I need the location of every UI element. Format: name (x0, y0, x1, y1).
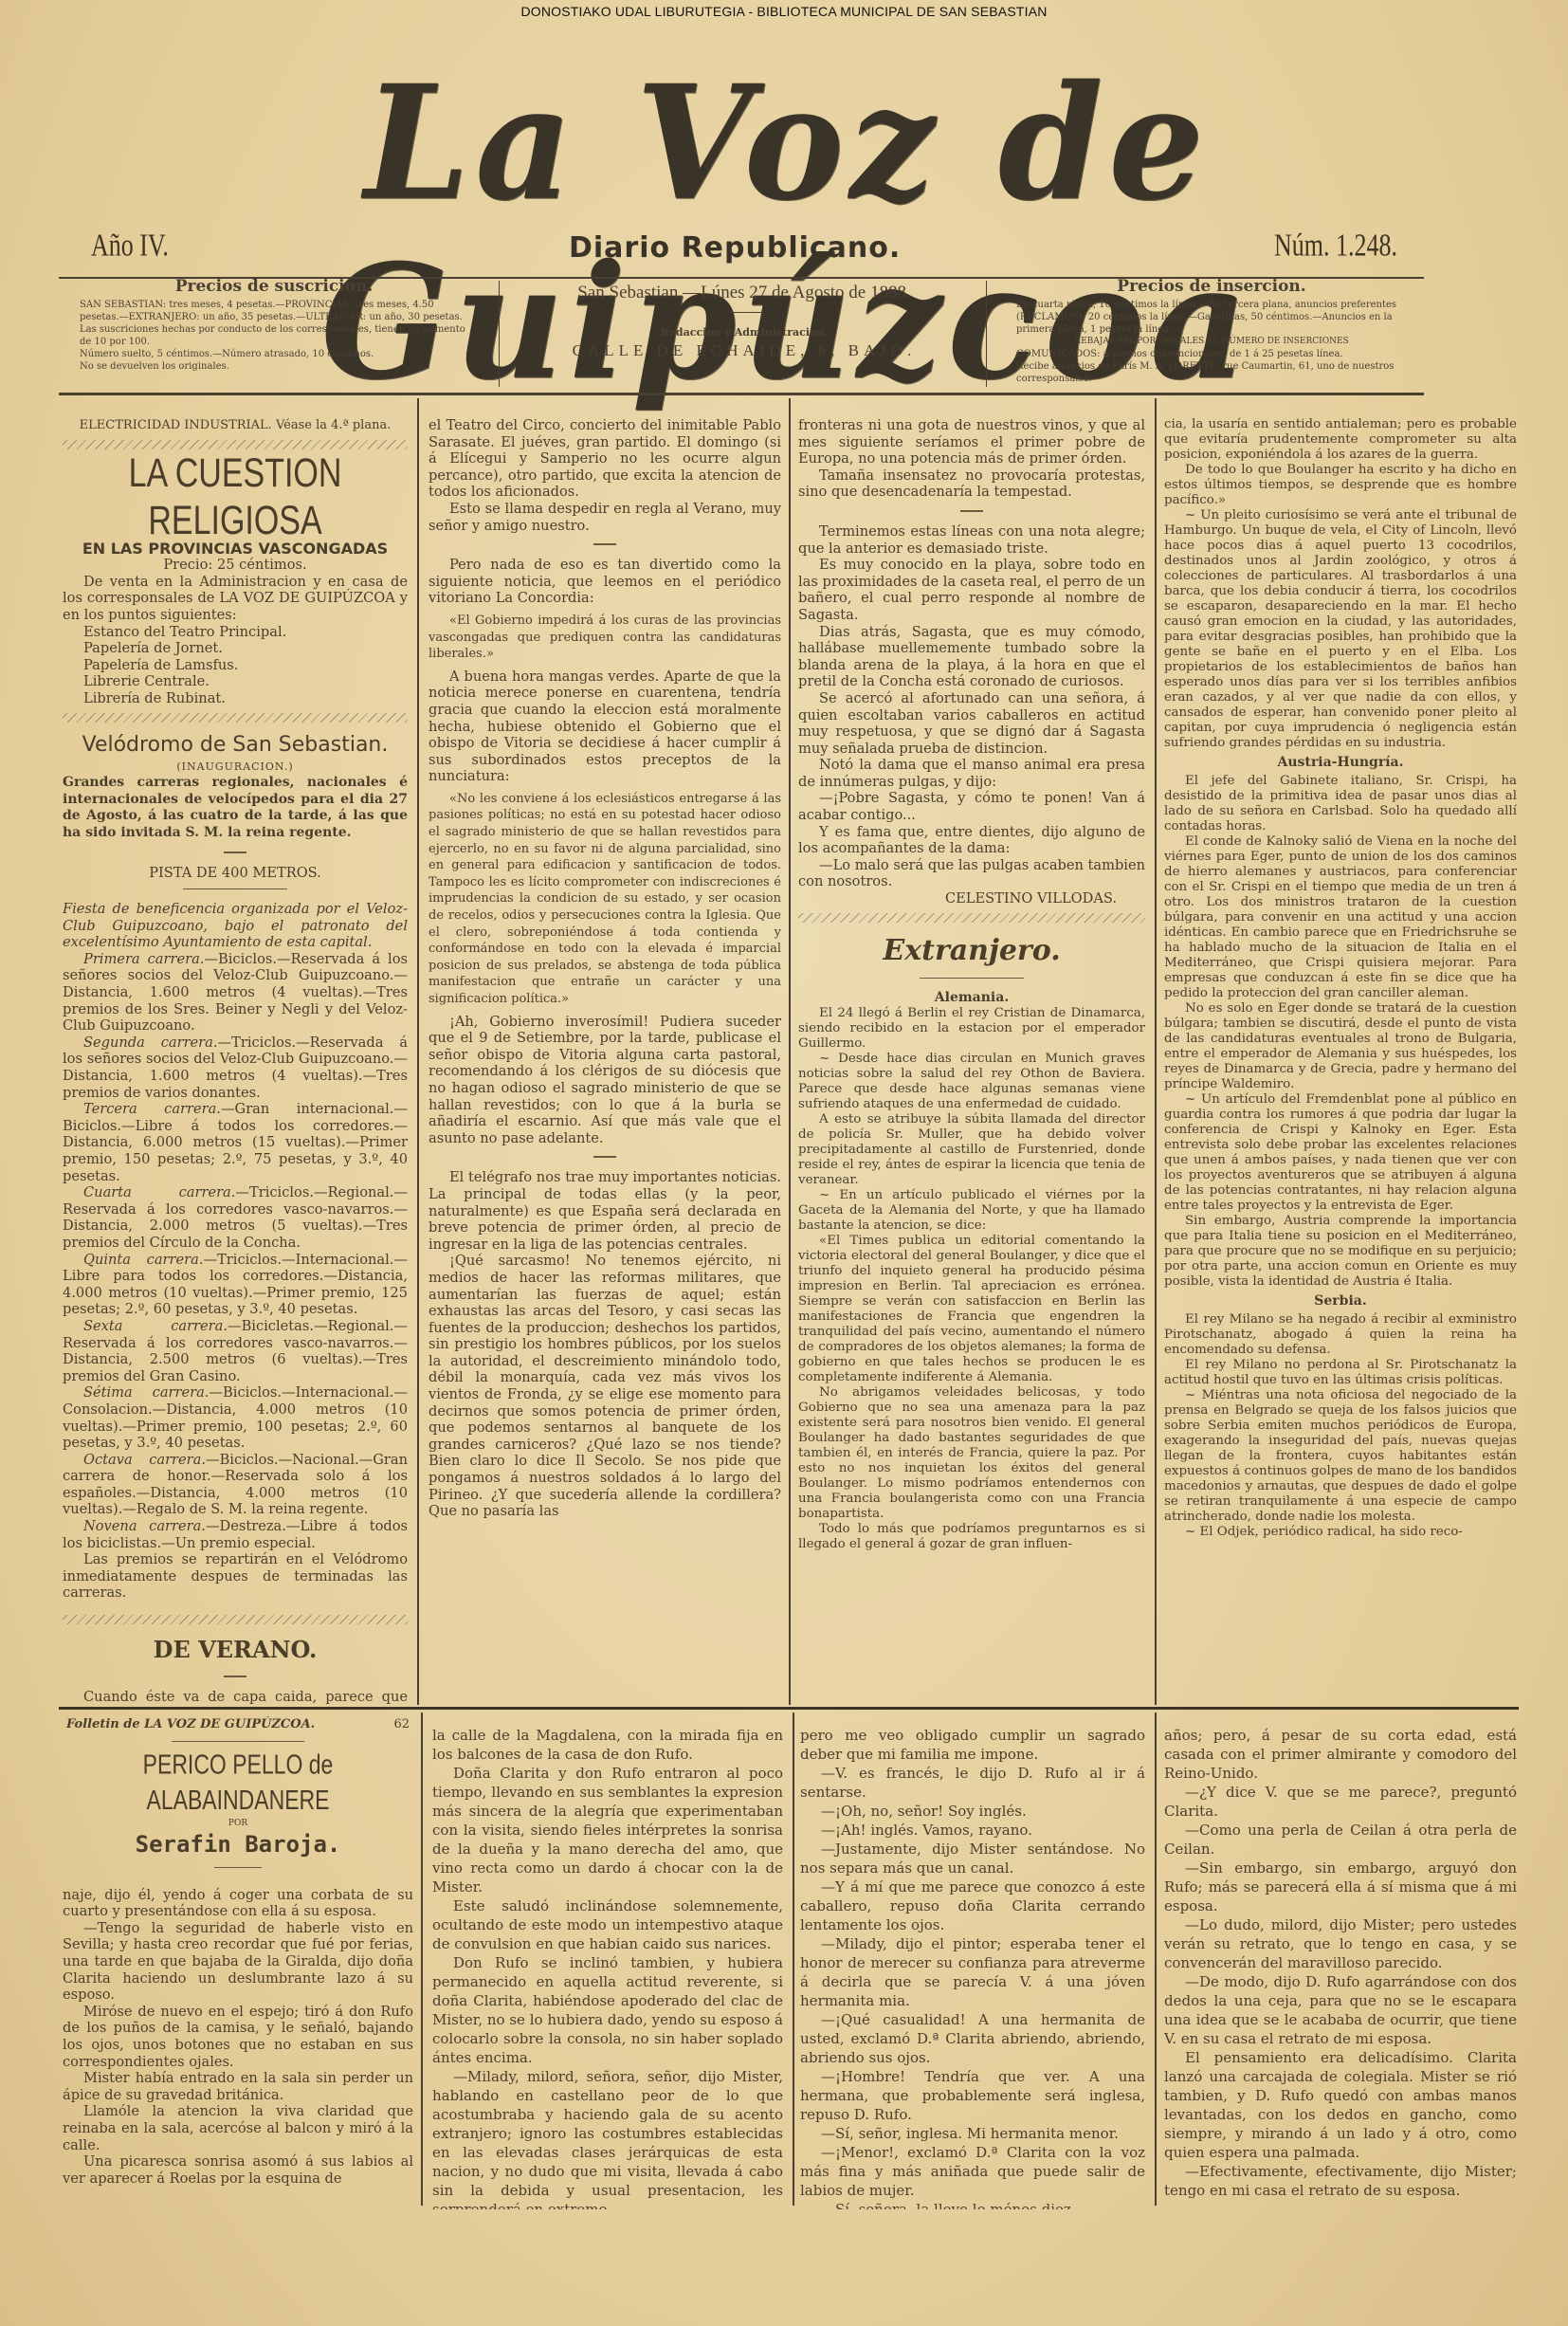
serial-paragraph: —Como una perla de Ceilan á otra perla d… (1164, 1821, 1517, 1859)
article-paragraph: Tamaña insensatez no provocaría protesta… (798, 467, 1145, 501)
race-item: Quinta carrera.—Triciclos.—Internacional… (63, 1252, 408, 1318)
ad-title: LA CUESTION RELIGIOSA (63, 449, 408, 544)
column-4: cia, la usaría en sentido antialeman; pe… (1164, 417, 1517, 1705)
ad-place: Papelería de Lamsfus. (63, 657, 408, 674)
folletin-column-4: años; pero, á pesar de su corta edad, es… (1164, 1726, 1517, 2209)
divider (593, 1156, 616, 1158)
subscription-prices: Precios de suscricion. SAN SEBASTIAN: tr… (80, 281, 468, 385)
office-label: Redaccion y Administracion. (512, 326, 976, 339)
divider (172, 1741, 304, 1742)
serial-title: PERICO PELLO de ALABAINDANERE (63, 1746, 413, 1817)
serial-paragraph: Doña Clarita y don Rufo entraron al poco… (432, 1764, 783, 1896)
race-item: Octava carrera.—Biciclos.—Nacional.—Gran… (63, 1452, 408, 1518)
column-3: fronteras ni una gota de nuestros vinos,… (798, 417, 1145, 1705)
prizes-note: Las premios se repartirán en el Velódrom… (63, 1551, 408, 1602)
column-1: ELECTRICIDAD INDUSTRIAL. Véase la 4.ª pl… (63, 417, 408, 1707)
news-paragraph: cia, la usaría en sentido antialeman; pe… (1164, 417, 1517, 463)
article-paragraph: —Lo malo será que las pulgas acaben tamb… (798, 857, 1145, 890)
divider (960, 510, 983, 512)
article-paragraph: Pero nada de eso es tan divertido como l… (428, 557, 781, 607)
serial-paragraph: —¡Ah! inglés. Vamos, rayano. (800, 1821, 1145, 1840)
serial-paragraph: —Sí, señor, inglesa. Mi hermanita menor. (800, 2124, 1145, 2143)
race-item: Sétima carrera.—Biciclos.—Internacional.… (63, 1384, 408, 1451)
verano-body: Cuando éste va de capa caida, parece que… (63, 1689, 408, 1707)
insertion-title: Precios de insercion. (1016, 281, 1407, 293)
serial-paragraph: —De modo, dijo D. Rufo agarrándose con d… (1164, 1972, 1517, 2048)
masthead-title: La Voz de Guipúzcoa (123, 55, 1450, 234)
serial-paragraph: —¡Oh, no, señor! Soy inglés. (800, 1802, 1145, 1821)
column-rule (421, 1712, 423, 2206)
news-paragraph: De todo lo que Boulanger ha escrito y ha… (1164, 463, 1517, 508)
ad-place: Librería de Rubinat. (63, 690, 408, 707)
ad-place: Papelería de Jornet. (63, 640, 408, 657)
article-paragraph: Se acercó al afortunado can una señora, … (798, 690, 1145, 757)
subsection-alemania: Alemania. (798, 990, 1145, 1007)
subscription-line: SAN SEBASTIAN: tres meses, 4 pesetas.—PR… (80, 299, 468, 323)
column-rule (1155, 1712, 1157, 2206)
serial-paragraph: años; pero, á pesar de su corta edad, es… (1164, 1726, 1517, 1783)
news-paragraph: ~ Un artículo del Fremdenblat pone al pú… (1164, 1092, 1517, 1214)
subscription-line: No se devuelven los originales. (80, 360, 468, 373)
column-rule (1155, 398, 1157, 1705)
news-paragraph: Sin embargo, Austria comprende la import… (1164, 1214, 1517, 1290)
insertion-line: COMUNICADOS: á precios convencionales, d… (1016, 348, 1407, 360)
insertion-prices: Precios de insercion. En cuarta plana, 1… (1016, 281, 1407, 385)
news-paragraph: ~ El Odjek, periódico radical, ha sido r… (1164, 1525, 1517, 1540)
serial-paragraph: Este saludó inclinándose solemnemente, o… (432, 1896, 783, 1953)
fiesta-note: Fiesta de beneficencia organizada por el… (63, 901, 408, 951)
divider (593, 543, 616, 545)
serial-paragraph: Mister había entrado en la sala sin perd… (63, 2070, 413, 2103)
race-item: Sexta carrera.—Bicicletas.—Regional.—Res… (63, 1318, 408, 1384)
serial-paragraph: —Tengo la seguridad de haberle visto en … (63, 1920, 413, 2004)
subscription-title: Precios de suscricion. (80, 281, 468, 293)
electricity-notice: ELECTRICIDAD INDUSTRIAL. Véase la 4.ª pl… (63, 417, 408, 434)
news-paragraph: ~ En un artículo publicado el viérnes po… (798, 1188, 1145, 1234)
issue-number: Núm. 1.248. (1274, 228, 1397, 265)
serial-paragraph: —¿Y dice V. que se me parece?, preguntó … (1164, 1783, 1517, 1821)
folletin-header-label: Folletin de LA VOZ DE GUIPÚZCOA. (66, 1716, 315, 1733)
divider (920, 978, 1024, 979)
article-paragraph: Y es fama que, entre dientes, dijo algun… (798, 824, 1145, 857)
quote-paragraph: «No les conviene á los eclesiásticos ent… (428, 791, 781, 1008)
serial-paragraph: —Y á mí que me parece que conozco á este… (800, 1877, 1145, 1934)
article-paragraph: Terminemos estas líneas con una nota ale… (798, 523, 1145, 557)
divider (224, 1676, 246, 1677)
article-paragraph: Dias atrás, Sagasta, que es muy cómodo, … (798, 624, 1145, 690)
article-paragraph: Es muy conocido en la playa, sobre todo … (798, 557, 1145, 623)
folletin-column-3: pero me veo obligado cumplir un sagrado … (800, 1726, 1145, 2209)
insertion-line: En cuarta plana, 10 céntimos la línea.—E… (1016, 299, 1407, 336)
header-divider (986, 281, 987, 387)
ad-body: De venta en la Administracion y en casa … (63, 574, 408, 624)
column-2: el Teatro del Circo, concierto del inimi… (428, 417, 781, 1705)
ad-price: Precio: 25 céntimos. (63, 557, 408, 574)
velodrome-lead: Grandes carreras regionales, nacionales … (63, 775, 408, 841)
wavy-divider (63, 1615, 408, 1624)
race-item: Cuarta carrera.—Triciclos.—Regional.—Res… (63, 1184, 408, 1251)
article-paragraph: ¡Ah, Gobierno inverosímil! Pudiera suced… (428, 1014, 781, 1147)
wavy-divider (63, 440, 408, 449)
serial-paragraph: —Milady, dijo el pintor; esperaba tener … (800, 1934, 1145, 2010)
velodrome-title: Velódromo de San Sebastian. (63, 732, 408, 759)
folletin-separator (59, 1707, 1519, 1710)
column-rule (417, 398, 419, 1705)
news-paragraph: A esto se atribuye la súbita llamada del… (798, 1112, 1145, 1188)
column-rule (789, 398, 791, 1705)
subsection-serbia: Serbia. (1164, 1293, 1517, 1309)
serial-paragraph: —Lo dudo, milord, dijo Mister; pero uste… (1164, 1915, 1517, 1972)
header-bottom-rule (59, 393, 1424, 395)
divider (224, 852, 246, 853)
serial-por: POR (63, 1818, 413, 1829)
news-paragraph: El jefe del Gabinete italiano, Sr. Crisp… (1164, 774, 1517, 834)
serial-paragraph: Llamóle la atencion la viva claridad que… (63, 2103, 413, 2153)
insertion-line: Recibe anuncios en París M. A. LORETTE, … (1016, 360, 1407, 385)
serial-paragraph: —¡Hombre! Tendría que ver. A una hermana… (800, 2067, 1145, 2124)
insertion-line: REBAJAS PROPORCIONALES AL NÚMERO DE INSE… (1016, 336, 1407, 348)
divider (183, 888, 287, 889)
race-item: Tercera carrera.—Gran internacional.—Bic… (63, 1101, 408, 1184)
year-label: Año IV. (91, 228, 169, 265)
subscription-line: Las suscriciones hechas por conducto de … (80, 323, 468, 348)
serial-paragraph: naje, dijo él, yendo á coger una corbata… (63, 1887, 413, 1920)
serial-paragraph: Miróse de nuevo en el espejo; tiró á don… (63, 2004, 413, 2070)
subsection-austria: Austria-Hungría. (1164, 755, 1517, 770)
serial-paragraph: —Efectivamente, efectivamente, dijo Mist… (1164, 2162, 1517, 2200)
article-paragraph: El telégrafo nos trae muy importantes no… (428, 1169, 781, 1253)
header-divider (499, 281, 500, 387)
article-paragraph: Notó la dama que el manso animal era pre… (798, 757, 1145, 790)
news-paragraph: «El Times publica un editorial comentand… (798, 1234, 1145, 1385)
serial-paragraph: —¡Menor!, exclamó D.ª Clarita con la voz… (800, 2143, 1145, 2200)
news-paragraph: ~ Un pleito curiosísimo se verá ante el … (1164, 508, 1517, 751)
serial-paragraph: la calle de la Magdalena, con la mirada … (432, 1726, 783, 1764)
article-paragraph: Esto se llama despedir en regla al Veran… (428, 501, 781, 534)
verano-title: DE VERANO. (63, 1634, 408, 1666)
ad-place: Librerie Centrale. (63, 673, 408, 690)
serial-paragraph: —V. es francés, le dijo D. Rufo al ir á … (800, 1764, 1145, 1802)
news-paragraph: ~ Miéntras una nota oficiosa del negocia… (1164, 1388, 1517, 1525)
quote-paragraph: «El Gobierno impedirá á los curas de las… (428, 613, 781, 663)
divider (214, 1867, 262, 1868)
track-info: PISTA DE 400 METROS. (63, 865, 408, 882)
serial-paragraph: —Sin embargo, sin embargo, arguyó don Ru… (1164, 1859, 1517, 1915)
issue-date: San Sebastian.—Lúnes 27 de Agosto de 188… (512, 286, 976, 299)
date-address-box: San Sebastian.—Lúnes 27 de Agosto de 188… (512, 281, 976, 385)
article-paragraph: ¡Qué sarcasmo! No tenemos ejército, ni m… (428, 1253, 781, 1520)
race-item: Novena carrera.—Destreza.—Libre á todos … (63, 1518, 408, 1551)
race-item: Primera carrera.—Biciclos.—Reservada á l… (63, 951, 408, 1035)
subscription-line: Número suelto, 5 céntimos.—Número atrasa… (80, 348, 468, 360)
signature: CELESTINO VILLODAS. (798, 890, 1117, 907)
article-paragraph: A buena hora mangas verdes. Aparte de qu… (428, 668, 781, 785)
serial-paragraph: Una picaresca sonrisa asomó á sus labios… (63, 2153, 413, 2187)
folletin-header: Folletin de LA VOZ DE GUIPÚZCOA. 62 (63, 1716, 413, 1733)
section-title-extranjero: Extranjero. (798, 932, 1145, 970)
news-paragraph: El rey Milano se ha negado á recibir al … (1164, 1312, 1517, 1358)
article-paragraph: fronteras ni una gota de nuestros vinos,… (798, 417, 1145, 467)
serial-paragraph: —Milady, milord, señora, señor, dijo Mis… (432, 2067, 783, 2209)
news-paragraph: El rey Milano no perdona al Sr. Pirotsch… (1164, 1358, 1517, 1388)
serial-paragraph: —¡Qué casualidad! A una hermanita de ust… (800, 2010, 1145, 2067)
race-item: Segunda carrera.—Triciclos.—Reservada á … (63, 1035, 408, 1101)
wavy-divider (798, 913, 1145, 923)
wavy-divider (63, 713, 408, 723)
news-paragraph: No es solo en Eger donde se tratará de l… (1164, 1001, 1517, 1092)
serial-paragraph: —Sí, señora, la llevo lo ménos diez (800, 2200, 1145, 2209)
velodrome-subtitle: (INAUGURACION.) (63, 759, 408, 776)
news-paragraph: Todo lo más que podríamos preguntarnos e… (798, 1522, 1145, 1552)
subtitle: Diario Republicano. (569, 231, 901, 265)
serial-author: Serafin Baroja. (63, 1829, 413, 1859)
news-paragraph: No abrigamos veleidades belicosas, y tod… (798, 1385, 1145, 1522)
office-address: CALLE DE ECHAIDE, 6, BAJO. (512, 344, 976, 357)
article-paragraph: —¡Pobre Sagasta, y cómo te ponen! Van á … (798, 790, 1145, 823)
serial-paragraph: El pensamiento era delicadísimo. Clarita… (1164, 2048, 1517, 2162)
archive-label: DONOSTIAKO UDAL LIBURUTEGIA - BIBLIOTECA… (0, 4, 1568, 19)
folletin-column-2: la calle de la Magdalena, con la mirada … (432, 1726, 783, 2209)
folletin-column-1: Folletin de LA VOZ DE GUIPÚZCOA. 62 PERI… (63, 1716, 413, 2209)
ad-place: Estanco del Teatro Principal. (63, 624, 408, 641)
column-rule (793, 1712, 794, 2206)
serial-paragraph: pero me veo obligado cumplir un sagrado … (800, 1726, 1145, 1764)
news-paragraph: ~ Desde hace dias circulan en Munich gra… (798, 1052, 1145, 1112)
news-paragraph: El conde de Kalnoky salió de Viena en la… (1164, 834, 1517, 1001)
folletin-number: 62 (393, 1716, 410, 1733)
news-paragraph: El 24 llegó á Berlin el rey Cristian de … (798, 1006, 1145, 1052)
article-paragraph: el Teatro del Circo, concierto del inimi… (428, 417, 781, 501)
divider (725, 312, 763, 313)
serial-paragraph: Don Rufo se inclinó tambien, y hubiera p… (432, 1953, 783, 2067)
serial-paragraph: —Justamente, dijo Mister sentándose. No … (800, 1840, 1145, 1877)
